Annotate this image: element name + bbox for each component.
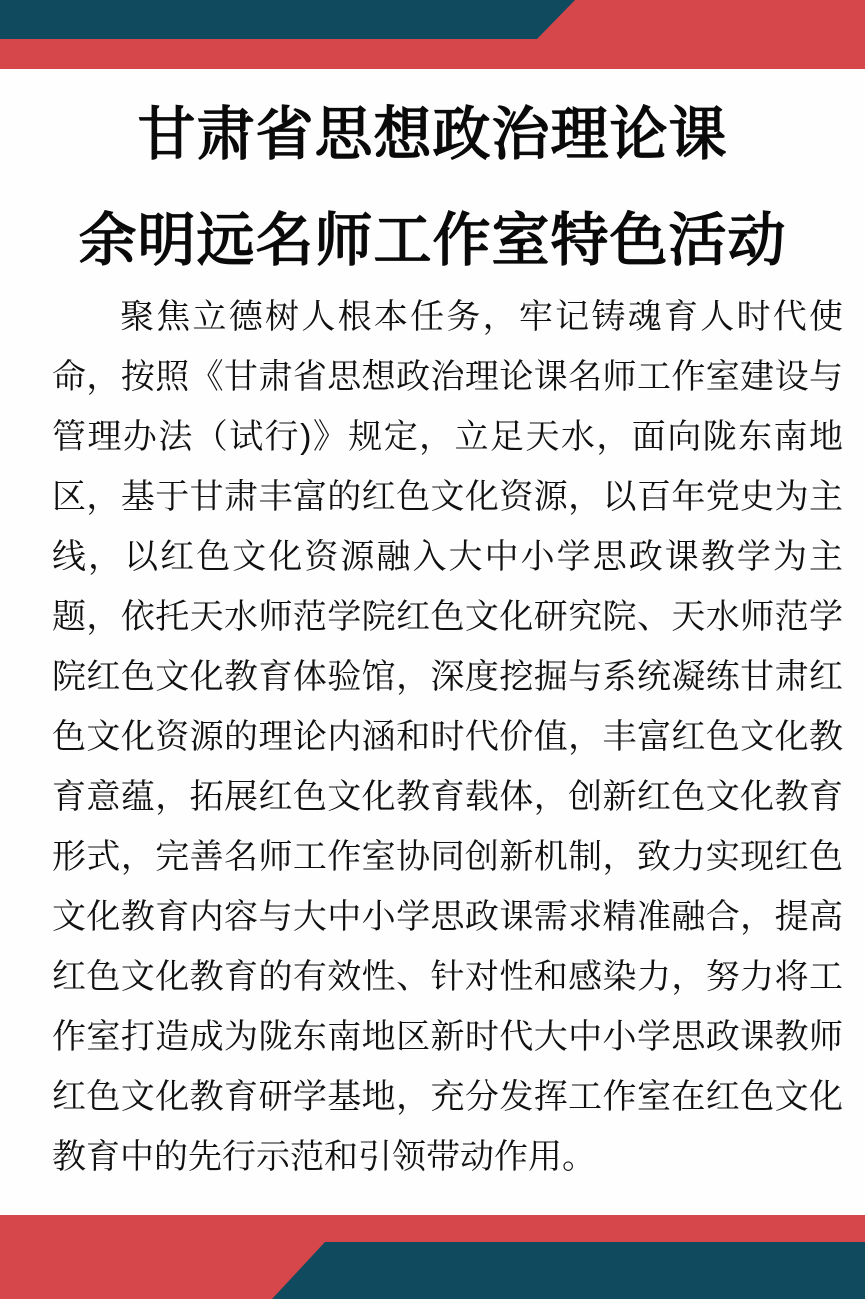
poster-page: 甘肃省思想政治理论课 余明远名师工作室特色活动 聚焦立德树人根本任务，牢记铸魂育… (0, 0, 865, 1299)
body-text-block: 聚焦立德树人根本任务，牢记铸魂育人时代使命，按照《甘肃省思想政治理论课名师工作室… (52, 287, 843, 1187)
top-teal-ribbon (0, 0, 575, 39)
body-paragraph: 聚焦立德树人根本任务，牢记铸魂育人时代使命，按照《甘肃省思想政治理论课名师工作室… (52, 287, 843, 1187)
page-title: 甘肃省思想政治理论课 余明远名师工作室特色活动 (0, 82, 865, 294)
title-line-1: 甘肃省思想政治理论课 (0, 82, 865, 188)
bottom-teal-ribbon (272, 1242, 865, 1299)
title-line-2: 余明远名师工作室特色活动 (0, 188, 865, 294)
